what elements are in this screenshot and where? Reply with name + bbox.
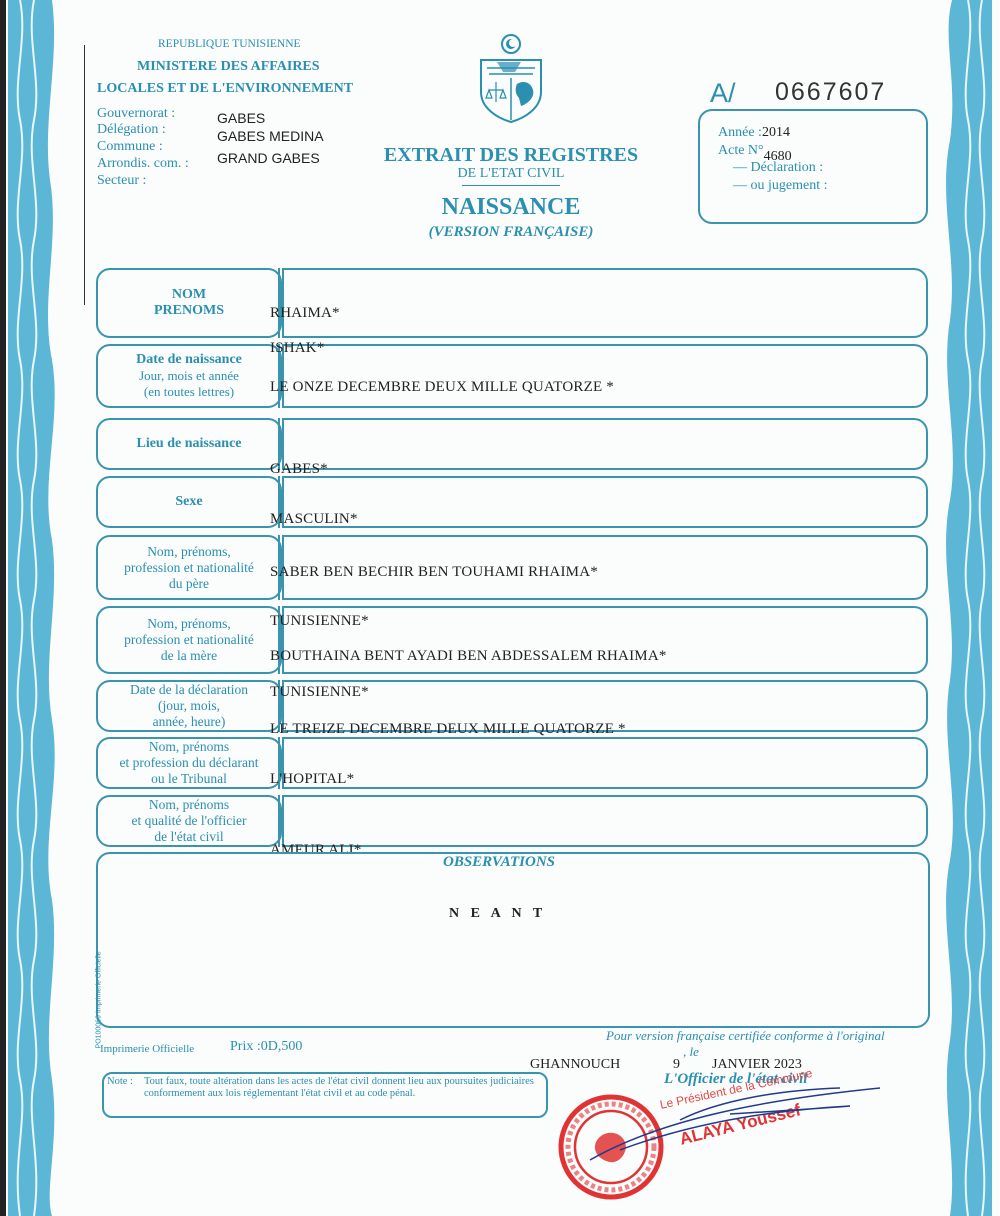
certified-statement: Pour version française certifiée conform…: [606, 1028, 885, 1044]
title-version: (VERSION FRANÇAISE): [356, 224, 666, 241]
label-lieu-naissance-title: Lieu de naissance: [136, 436, 241, 452]
value-cell-declarant: [282, 737, 928, 789]
observations-value: N E A N T: [449, 906, 546, 922]
note-label: Note :: [107, 1076, 133, 1087]
printer-name: Imprimerie Officielle: [100, 1043, 194, 1055]
guilloche-border-right: [928, 0, 1000, 1216]
jugement-label: — ou jugement :: [733, 178, 828, 194]
value-cell-officier: [282, 795, 928, 847]
value-date-declaration: LE TREIZE DECEMBRE DEUX MILLE QUATORZE *: [270, 721, 626, 738]
delegation-label: Délégation :: [97, 122, 166, 138]
label-declarant-line2: et profession du déclarant: [119, 755, 258, 771]
value-declarant: L'HOPITAL*: [270, 771, 354, 788]
label-lieu-naissance: Lieu de naissance: [96, 418, 282, 470]
label-pere: Nom, prénoms, profession et nationalité …: [96, 535, 282, 600]
serial-number: 0667607: [775, 78, 886, 107]
price: Prix :0D,500: [230, 1039, 302, 1055]
label-date-naissance-sub2: (en toutes lettres): [144, 384, 234, 400]
gouvernorat-value: GABES: [217, 110, 265, 126]
annee-value: 2014: [762, 125, 790, 140]
label-sexe-title: Sexe: [175, 494, 202, 510]
label-declaration-line3: année, heure): [153, 714, 226, 730]
coat-of-arms-icon: [475, 32, 547, 124]
signature-icon: [580, 1080, 900, 1170]
label-nom: NOM: [172, 287, 206, 303]
title-naissance: NAISSANCE: [356, 194, 666, 221]
gouvernorat-label: Gouvernorat :: [97, 106, 175, 122]
value-cell-lieu-naissance: [282, 418, 928, 470]
annee-label-text: Année :: [718, 125, 762, 140]
left-margin-line: [84, 45, 85, 305]
republic-heading: REPUBLIQUE TUNISIENNE: [158, 38, 301, 50]
commune-label: Commune :: [97, 139, 163, 155]
label-mere-line1: Nom, prénoms,: [147, 616, 231, 632]
label-date-naissance: Date de naissance Jour, mois et année (e…: [96, 344, 282, 408]
declaration-label: — Déclaration :: [733, 160, 823, 176]
delegation-value: GABES MEDINA: [217, 128, 324, 144]
label-officier-line3: de l'état civil: [154, 829, 223, 845]
label-declarant-line3: ou le Tribunal: [151, 771, 227, 787]
serial-prefix: A/: [710, 78, 736, 109]
ministry-line-2: LOCALES ET DE L'ENVIRONNEMENT: [97, 81, 353, 97]
label-officier-line2: et qualité de l'officier: [131, 813, 246, 829]
title-divider: [462, 185, 560, 186]
label-pere-line1: Nom, prénoms,: [147, 544, 231, 560]
guilloche-border-left: [0, 0, 80, 1216]
title-etat-civil: DE L'ETAT CIVIL: [356, 166, 666, 182]
note-text: Tout faux, toute altération dans les act…: [144, 1076, 540, 1100]
label-declaration-line2: (jour, mois,: [158, 698, 220, 714]
label-officier: Nom, prénoms et qualité de l'officier de…: [96, 795, 282, 847]
label-prenoms: PRENOMS: [154, 303, 224, 319]
value-prenoms: ISHAK*: [270, 340, 325, 357]
value-mere: BOUTHAINA BENT AYADI BEN ABDESSALEM RHAI…: [270, 648, 667, 665]
label-mere: Nom, prénoms, profession et nationalité …: [96, 606, 282, 674]
place: GHANNOUCH: [530, 1057, 620, 1073]
arrondissement-value: GRAND GABES: [217, 150, 320, 166]
value-lieu-naissance: GABES*: [270, 461, 328, 478]
title-extrait: EXTRAIT DES REGISTRES: [356, 144, 666, 167]
label-date-declaration: Date de la déclaration (jour, mois, anné…: [96, 680, 282, 732]
value-cell-sexe: [282, 476, 928, 528]
value-pere: SABER BEN BECHIR BEN TOUHAMI RHAIMA*: [270, 564, 598, 581]
label-pere-line3: du père: [169, 576, 209, 592]
value-nationalite-mere: TUNISIENNE*: [270, 684, 369, 701]
label-declarant-line1: Nom, prénoms: [149, 739, 229, 755]
acte-label: Acte N°4680: [718, 143, 792, 159]
label-date-naissance-title: Date de naissance: [136, 352, 242, 368]
value-nom: RHAIMA*: [270, 305, 340, 322]
observations-title: OBSERVATIONS: [443, 854, 555, 871]
value-sexe: MASCULIN*: [270, 511, 358, 528]
label-declaration-line1: Date de la déclaration: [130, 682, 248, 698]
label-declarant: Nom, prénoms et profession du déclarant …: [96, 737, 282, 789]
secteur-label: Secteur :: [97, 173, 146, 189]
label-sexe: Sexe: [96, 476, 282, 528]
arrondissement-label: Arrondis. com. :: [97, 156, 189, 172]
value-nationalite-pere: TUNISIENNE*: [270, 613, 369, 630]
annee-label: Année :2014: [718, 125, 790, 141]
value-date-naissance: LE ONZE DECEMBRE DEUX MILLE QUATORZE *: [270, 379, 614, 396]
printer-side-text: PO100069 Imprimerie Officielle: [96, 899, 103, 1049]
ministry-line-1: MINISTERE DES AFFAIRES: [137, 59, 320, 75]
label-officier-line1: Nom, prénoms: [149, 797, 229, 813]
label-mere-line2: profession et nationalité: [124, 632, 254, 648]
value-cell-nom: [282, 268, 928, 338]
label-nom-prenoms: NOM PRENOMS: [96, 268, 282, 338]
observations-box: [96, 852, 930, 1028]
acte-label-text: Acte N°: [718, 143, 764, 158]
label-date-naissance-sub: Jour, mois et année: [139, 368, 239, 384]
label-mere-line3: de la mère: [161, 648, 217, 664]
value-cell-date-naissance: [282, 344, 928, 408]
label-pere-line2: profession et nationalité: [124, 560, 254, 576]
le-text: , le: [683, 1044, 699, 1060]
